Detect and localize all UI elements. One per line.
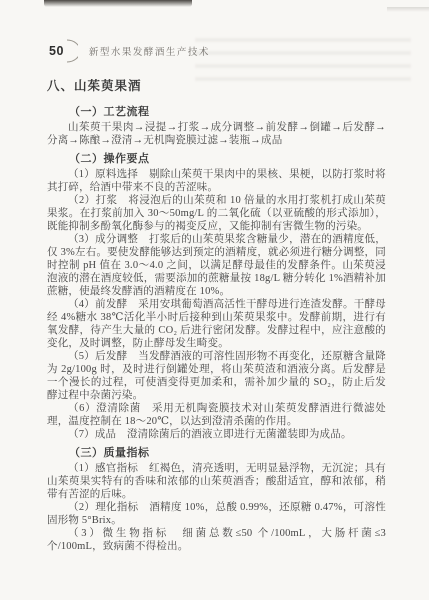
- quality-microbiological-indicators: （3）微生物指标 细菌总数≤50 个/100mL，大肠杆菌≤3 个/100mL，…: [47, 527, 386, 553]
- process-flow-text: 山茱萸干果肉→浸提→打浆→成分调整→前发酵→倒罐→后发酵→分离→陈酿→澄清→无机…: [47, 121, 386, 147]
- page-body: 八、山茱萸果酒 （一）工艺流程 山茱萸干果肉→浸提→打浆→成分调整→前发酵→倒罐…: [47, 76, 386, 553]
- page-number: 50: [49, 44, 64, 58]
- step-primary-fermentation: （4）前发酵 采用安琪葡萄酒高活性干酵母进行连渣发酵。干酵母经 4%糖水 38℃…: [47, 298, 386, 350]
- book-page: 50 新型水果发酵酒生产技术 八、山茱萸果酒 （一）工艺流程 山茱萸干果肉→浸提…: [0, 0, 429, 600]
- step-material-selection: （1）原料选择 剔除山茱萸干果肉中的果核、果梗，以防打浆时将其打碎，给酒中带来不…: [47, 168, 386, 194]
- step-clarification-sterilization: （6）澄清除菌 采用无机陶瓷膜技术对山茱萸发酵酒进行微滤处理，温度控制在 18～…: [47, 402, 386, 428]
- section-heading-process-flow: （一）工艺流程: [47, 103, 386, 119]
- quality-sensory-indicators: （1）感官指标 红褐色，清亮透明，无明显悬浮物，无沉淀；具有山茱萸果实特有的香味…: [47, 462, 386, 501]
- step-secondary-fermentation: （5）后发酵 当发酵酒液的可溶性固形物不再变化，还原糖含量降为 2g/100g …: [47, 350, 386, 402]
- running-head: 50 新型水果发酵酒生产技术: [49, 40, 210, 62]
- quality-physicochemical-indicators: （2）理化指标 酒精度 10%，总酸 0.99%，还原糖 0.47%，可溶性固形…: [47, 501, 386, 527]
- scan-artifact-top-right: [387, 7, 429, 12]
- step-finished-product: （7）成品 澄清除菌后的酒液立即进行无菌灌装即为成品。: [47, 428, 386, 441]
- section-heading-operation-points: （二）操作要点: [47, 150, 386, 166]
- scan-artifact-top: [44, 0, 192, 7]
- page-number-arc-icon: [66, 39, 78, 63]
- book-title: 新型水果发酵酒生产技术: [89, 44, 210, 58]
- step-composition-adjustment: （3）成分调整 打浆后的山茱萸果浆含糖量少，潜在的酒精度低，仅 3%左右。要使发…: [47, 233, 386, 298]
- step-pulping: （2）打浆 将浸泡后的山茱萸和 10 倍量的水用打浆机打成山茱萸果浆。在打浆前加…: [47, 194, 386, 233]
- section-heading-quality-indicators: （三）质量指标: [47, 444, 386, 460]
- chapter-title: 八、山茱萸果酒: [47, 76, 386, 94]
